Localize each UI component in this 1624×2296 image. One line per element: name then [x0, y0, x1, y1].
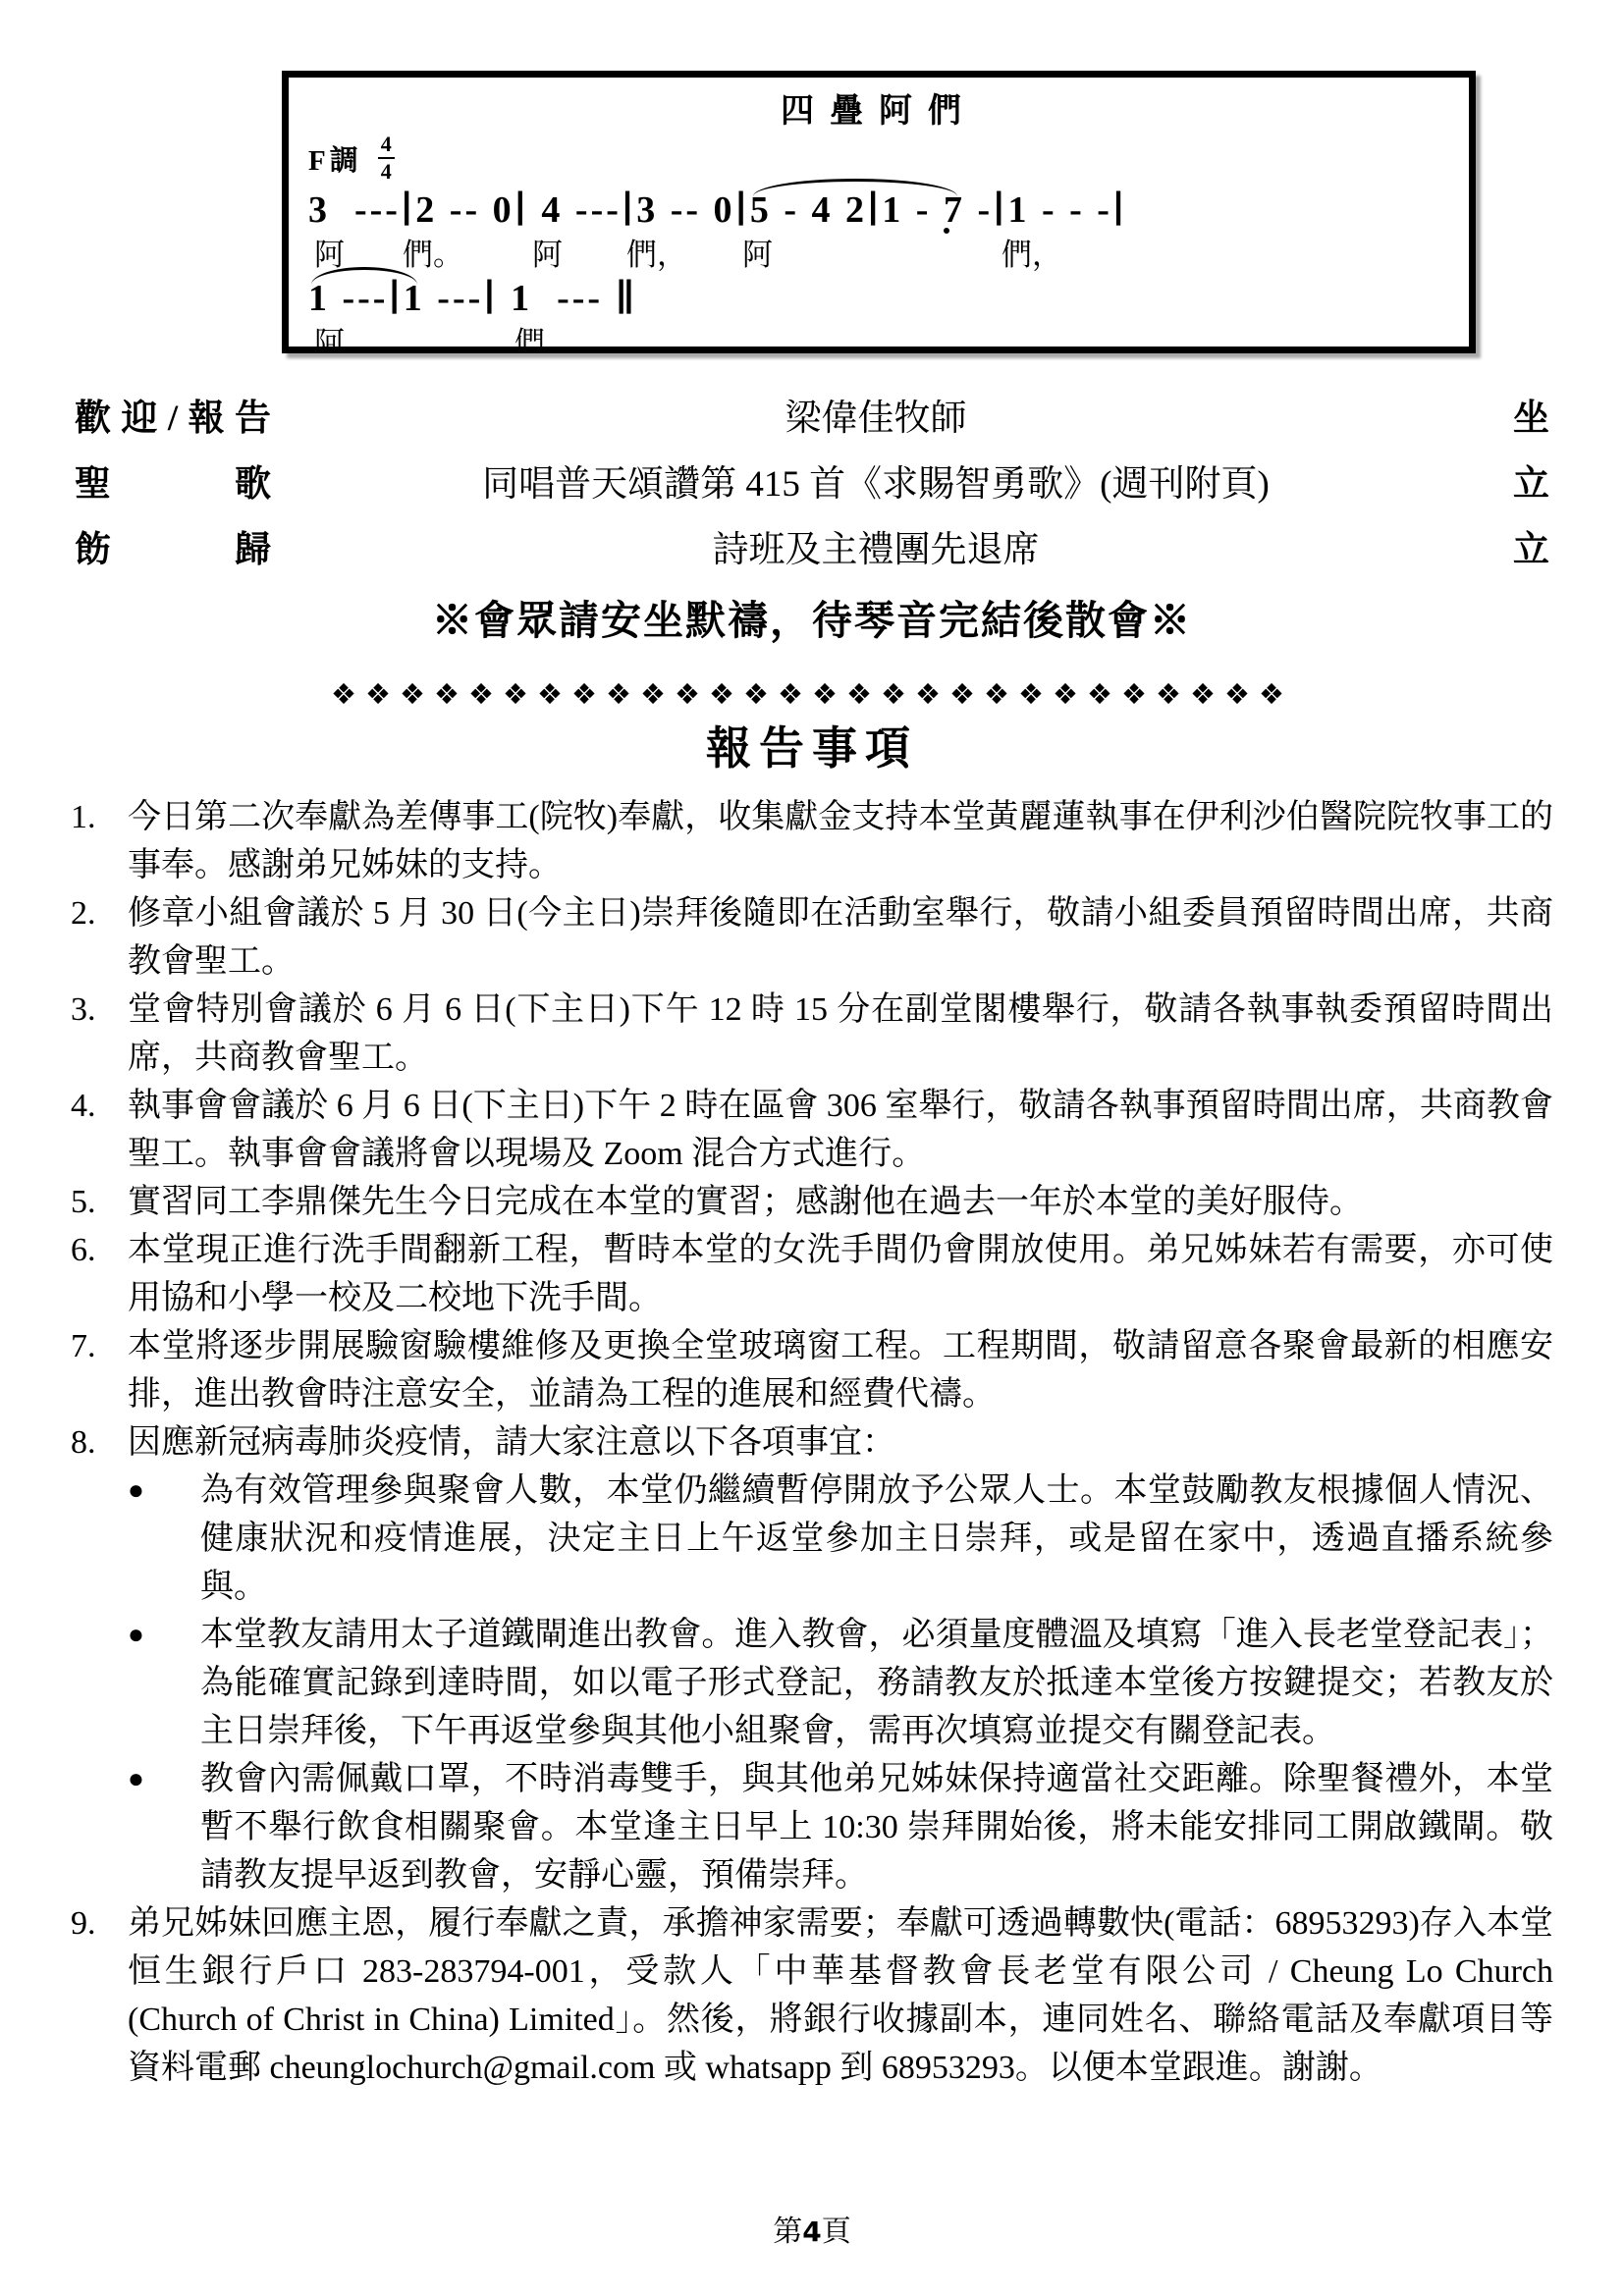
service-item-detail: 詩班及主禮團先退席	[271, 519, 1481, 572]
lyric: 阿	[742, 230, 773, 274]
slurred-notes-with-low-octave-dot: 5 - 4 2∣1 - 7	[750, 187, 965, 232]
item-number: 7.	[71, 1322, 128, 1418]
notes-segment: ---∣ 1 --- ∥	[425, 278, 638, 319]
lyric: 們。	[403, 230, 463, 274]
item-number: 3.	[71, 986, 128, 1082]
item-number: 9.	[71, 1899, 128, 2092]
bullet-dot-icon: ●	[128, 1467, 200, 1611]
bullet-text: 教會內需佩戴口罩，不時消毒雙手，與其他弟兄姊妹保持適當社交距離。除聖餐禮外，本堂…	[200, 1755, 1553, 1899]
announcement-bullet: ● 本堂教友請用太子道鐵閘進出教會。進入教會，必須量度體溫及填寫「進入長老堂登記…	[128, 1611, 1553, 1755]
footer-suffix: 頁	[822, 2216, 851, 2248]
page-footer: 第4頁	[0, 2207, 1624, 2250]
item-number: 1.	[71, 793, 128, 889]
dismissal-note: ※會眾請安坐默禱，待琴音完結後散會※	[0, 588, 1624, 646]
lyric: 阿	[532, 230, 563, 274]
announcement-item: 9. 弟兄姊妹回應主恩，履行奉獻之責，承擔神家需要；奉獻可透過轉數快(電話：68…	[71, 1899, 1553, 2092]
item-text: 執事會會議於 6 月 6 日(下主日)下午 2 時在區會 306 室舉行，敬請各…	[128, 1082, 1553, 1178]
announcement-item: 8. 因應新冠病毒肺炎疫情，請大家注意以下各項事宜：	[71, 1418, 1553, 1467]
item-text: 因應新冠病毒肺炎疫情，請大家注意以下各項事宜：	[128, 1418, 1553, 1467]
lyric: 阿	[314, 318, 345, 353]
slurred-notes: 1 ---∣1	[308, 275, 425, 320]
item-number: 4.	[71, 1082, 128, 1178]
bullet-text: 本堂教友請用太子道鐵閘進出教會。進入教會，必須量度體溫及填寫「進入長老堂登記表」…	[200, 1611, 1553, 1755]
announcement-item: 1. 今日第二次奉獻為差傳事工(院牧)奉獻，收集獻金支持本堂黃麗蓮執事在伊利沙伯…	[71, 793, 1553, 889]
diamond-separator: ❖❖❖❖❖❖❖❖❖❖❖❖❖❖❖❖❖❖❖❖❖❖❖❖❖❖❖❖	[0, 677, 1624, 711]
item-number: 6.	[71, 1226, 128, 1322]
page-number: 4	[802, 2216, 821, 2248]
service-row-hymn: 聖歌 同唱普天頌讚第 415 首《求賜智勇歌》(週刊附頁) 立	[75, 454, 1549, 507]
lyrics-line-2: 阿 們。	[308, 320, 1453, 353]
service-item-detail: 同唱普天頌讚第 415 首《求賜智勇歌》(週刊附頁)	[271, 454, 1481, 507]
announcements-list: 1. 今日第二次奉獻為差傳事工(院牧)奉獻，收集獻金支持本堂黃麗蓮執事在伊利沙伯…	[71, 793, 1553, 2092]
announcement-bullet: ● 教會內需佩戴口罩，不時消毒雙手，與其他弟兄姊妹保持適當社交距離。除聖餐禮外，…	[128, 1755, 1553, 1899]
notation-line-2: 1 ---∣1 ---∣ 1 --- ∥	[308, 275, 1453, 320]
service-item-label: 歡迎/報告	[75, 388, 271, 441]
time-signature-numerator: 4	[378, 133, 395, 159]
announcement-item: 3. 堂會特別會議於 6 月 6 日(下主日)下午 12 時 15 分在副堂閣樓…	[71, 986, 1553, 1082]
lyric: 們，	[1001, 230, 1062, 274]
bullet-text: 為有效管理參與聚會人數，本堂仍繼續暫停開放予公眾人士。本堂鼓勵教友根據個人情況、…	[200, 1467, 1553, 1611]
item-text: 修章小組會議於 5 月 30 日(今主日)崇拜後隨即在活動室舉行，敬請小組委員預…	[128, 889, 1553, 986]
announcement-item: 2. 修章小組會議於 5 月 30 日(今主日)崇拜後隨即在活動室舉行，敬請小組…	[71, 889, 1553, 986]
lyric: 們。	[514, 318, 575, 353]
announcement-item: 6. 本堂現正進行洗手間翻新工程，暫時本堂的女洗手間仍會開放使用。弟兄姊妹若有需…	[71, 1226, 1553, 1322]
service-row-recessional: 飭歸 詩班及主禮團先退席 立	[75, 519, 1549, 572]
key-signature-row: F調 4 4	[308, 133, 1453, 183]
service-item-posture: 立	[1481, 454, 1549, 507]
service-item-detail: 梁偉佳牧師	[271, 388, 1481, 441]
service-item-posture: 坐	[1481, 388, 1549, 441]
bullet-dot-icon: ●	[128, 1611, 200, 1755]
item-number: 8.	[71, 1418, 128, 1467]
notes-segment: 3 ---∣2 -- 0∣ 4 ---∣3 -- 0∣	[308, 189, 750, 231]
lyric: 阿	[314, 230, 345, 274]
order-of-service: 歡迎/報告 梁偉佳牧師 坐 聖歌 同唱普天頌讚第 415 首《求賜智勇歌》(週刊…	[75, 388, 1549, 572]
lyrics-line-1: 阿 們。 阿 們， 阿 們，	[308, 232, 1453, 271]
notation-line-1: 3 ---∣2 -- 0∣ 4 ---∣3 -- 0∣5 - 4 2∣1 - 7…	[308, 187, 1453, 232]
footer-prefix: 第	[773, 2216, 802, 2248]
announcement-item: 7. 本堂將逐步開展驗窗驗樓維修及更換全堂玻璃窗工程。工程期間，敬請留意各聚會最…	[71, 1322, 1553, 1418]
time-signature-denominator: 4	[381, 159, 392, 183]
announcement-bullet: ● 為有效管理參與聚會人數，本堂仍繼續暫停開放予公眾人士。本堂鼓勵教友根據個人情…	[128, 1467, 1553, 1611]
item-number: 2.	[71, 889, 128, 986]
hymn-notation-box: 四疊阿們 F調 4 4 3 ---∣2 -- 0∣ 4 ---∣3 -- 0∣5…	[282, 71, 1476, 353]
bullet-dot-icon: ●	[128, 1755, 200, 1899]
item-text: 本堂現正進行洗手間翻新工程，暫時本堂的女洗手間仍會開放使用。弟兄姊妹若有需要，亦…	[128, 1226, 1553, 1322]
announcement-item: 5. 實習同工李鼎傑先生今日完成在本堂的實習；感謝他在過去一年於本堂的美好服侍。	[71, 1178, 1553, 1226]
item-text: 本堂將逐步開展驗窗驗樓維修及更換全堂玻璃窗工程。工程期間，敬請留意各聚會最新的相…	[128, 1322, 1553, 1418]
item-text: 弟兄姊妹回應主恩，履行奉獻之責，承擔神家需要；奉獻可透過轉數快(電話：68953…	[128, 1899, 1553, 2092]
item-text: 實習同工李鼎傑先生今日完成在本堂的實習；感謝他在過去一年於本堂的美好服侍。	[128, 1178, 1553, 1226]
announcement-item: 4. 執事會會議於 6 月 6 日(下主日)下午 2 時在區會 306 室舉行，…	[71, 1082, 1553, 1178]
item-text: 堂會特別會議於 6 月 6 日(下主日)下午 12 時 15 分在副堂閣樓舉行，…	[128, 986, 1553, 1082]
service-item-posture: 立	[1481, 519, 1549, 572]
item-number: 5.	[71, 1178, 128, 1226]
time-signature: 4 4	[378, 133, 395, 183]
hymn-title: 四疊阿們	[304, 83, 1453, 132]
item-text: 今日第二次奉獻為差傳事工(院牧)奉獻，收集獻金支持本堂黃麗蓮執事在伊利沙伯醫院院…	[128, 793, 1553, 889]
service-item-label: 聖歌	[75, 454, 271, 507]
notes-segment: -∣1 - - -∣	[965, 189, 1127, 231]
bulletin-page: 四疊阿們 F調 4 4 3 ---∣2 -- 0∣ 4 ---∣3 -- 0∣5…	[0, 0, 1624, 2296]
service-item-label: 飭歸	[75, 519, 271, 572]
announcements-heading: 報告事項	[0, 713, 1624, 777]
key-name: F調	[308, 138, 362, 179]
lyric: 們，	[626, 230, 687, 274]
service-row-welcome: 歡迎/報告 梁偉佳牧師 坐	[75, 388, 1549, 441]
